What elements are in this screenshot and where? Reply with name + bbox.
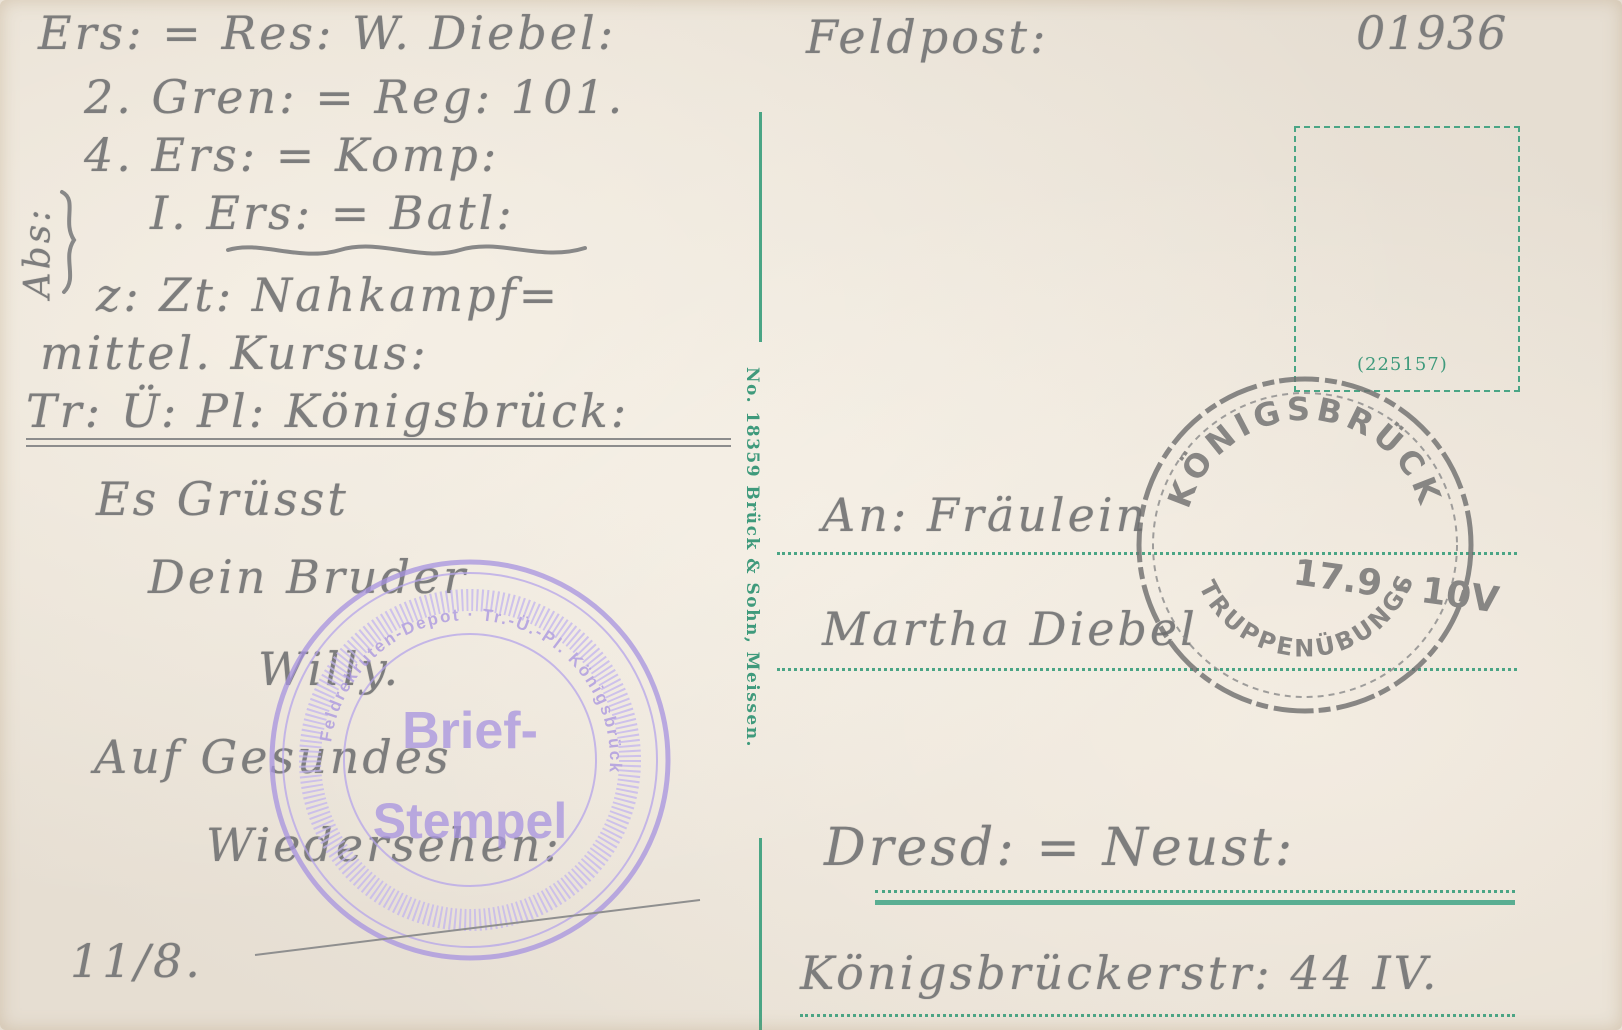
postmark-lower-text: TRUPPENÜBUNGSPLATZ (0, 0, 1420, 663)
unit-stamp-center-top: Brief- (402, 702, 538, 760)
postcard: Ers: = Res: W. Diebel: 2. Gren: = Reg: 1… (0, 0, 1622, 1030)
unit-briefstempel: Feldrekruten-Depot · Tr.-Ü.-Pl. Königsbr… (272, 562, 668, 958)
stamps-overlay: Feldrekruten-Depot · Tr.-Ü.-Pl. Königsbr… (0, 0, 1622, 1030)
wavy-underline (228, 247, 585, 254)
postmark-town: KÖNIGSBRÜCK (1160, 390, 1450, 513)
postmark-cancel: KÖNIGSBRÜCK TRUPPENÜBUNGSPLATZ 17.9 - 10… (0, 0, 1502, 711)
unit-stamp-center-bottom: Stempel (373, 793, 568, 849)
margin-brace (62, 192, 74, 292)
